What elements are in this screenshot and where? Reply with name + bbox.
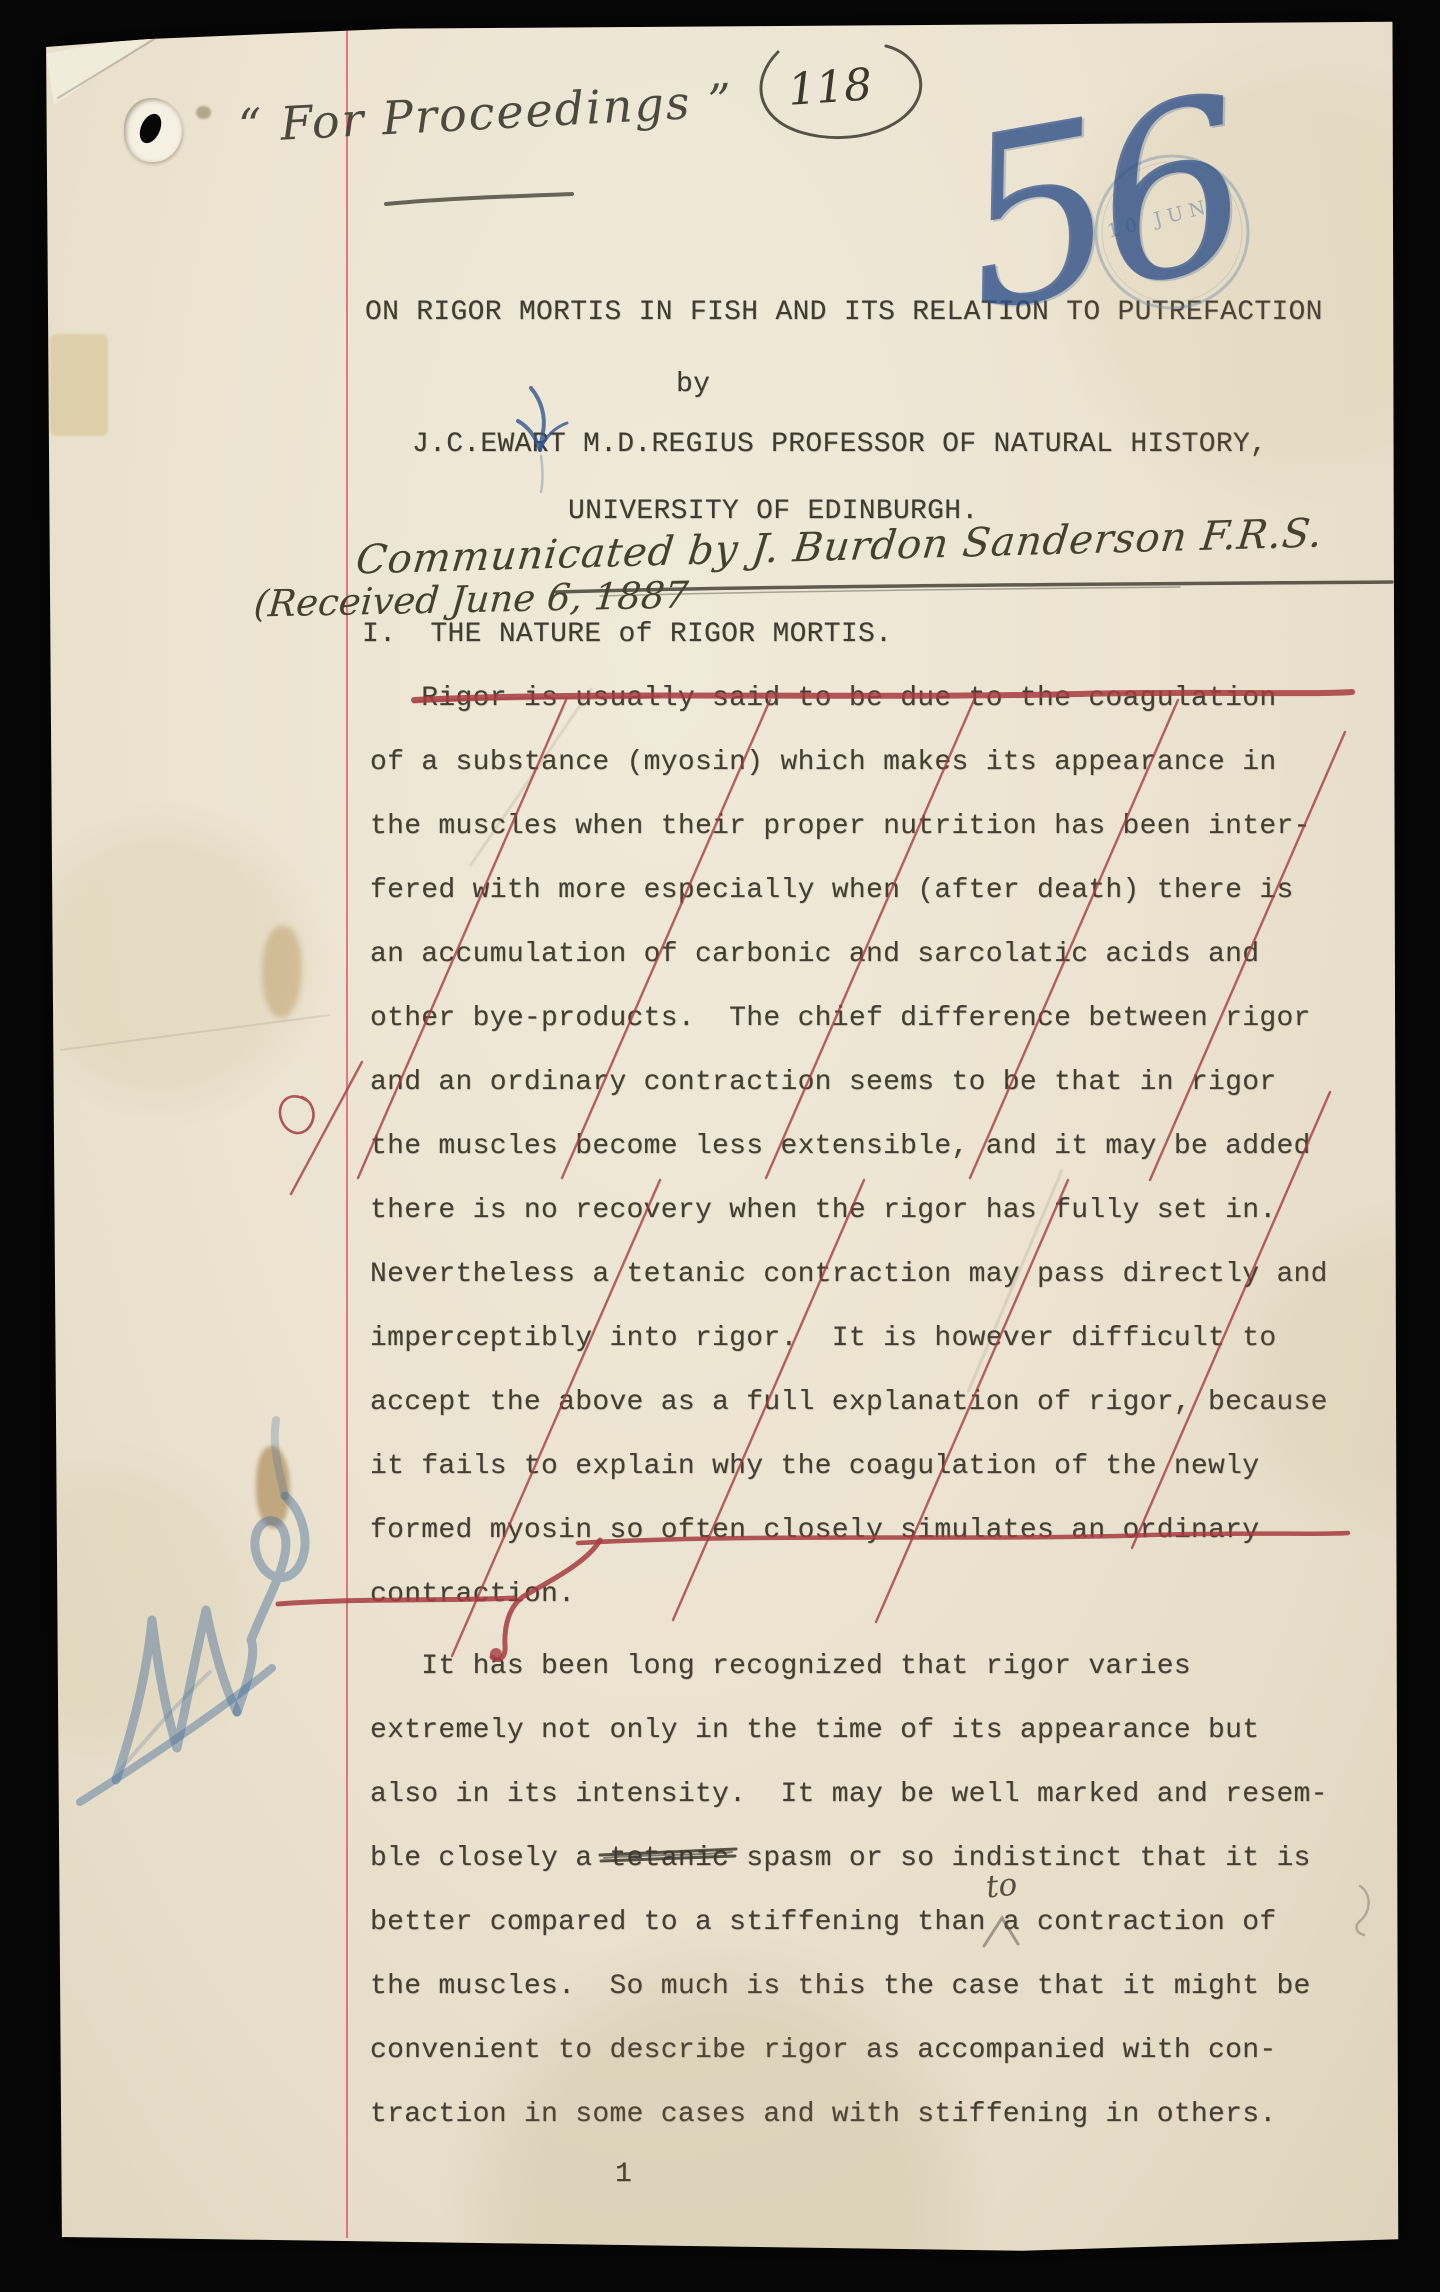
stain-blob	[256, 1446, 290, 1528]
stain-speck	[196, 106, 211, 119]
typed-line: accept the above as a full explanation o…	[370, 1388, 1328, 1418]
typed-line: an accumulation of carbonic and sarcolat…	[370, 940, 1259, 970]
typed-line: better compared to a stiffening than a c…	[370, 1908, 1276, 1938]
typed-line: also in its intensity. It may be well ma…	[370, 1780, 1328, 1810]
typed-line: it fails to explain why the coagulation …	[370, 1452, 1259, 1482]
author-line: J.C.EWART M.D.REGIUS PROFESSOR OF NATURA…	[412, 430, 1267, 460]
typed-line: there is no recovery when the rigor has …	[370, 1196, 1276, 1226]
page-number: 1	[615, 2160, 632, 2190]
typed-line: fered with more especially when (after d…	[370, 876, 1294, 906]
punch-hole	[124, 98, 182, 162]
stain-blob	[262, 926, 302, 1018]
typed-line: contraction.	[370, 1580, 575, 1610]
typed-line: other bye-products. The chief difference…	[370, 1004, 1311, 1034]
byline: by	[676, 370, 710, 400]
typed-line: traction in some cases and with stiffeni…	[370, 2100, 1276, 2130]
typed-line: It has been long recognized that rigor v…	[370, 1652, 1191, 1682]
dog-ear-fold	[44, 30, 166, 108]
received-date-note: (Received June 6, 1887	[252, 573, 690, 625]
typed-line: Rigor is usually said to be due to the c…	[370, 684, 1276, 714]
typed-line: formed myosin so often closely simulates…	[370, 1516, 1259, 1546]
section-heading: I. THE NATURE of RIGOR MORTIS.	[362, 620, 892, 650]
red-margin-rule	[346, 26, 348, 2238]
typed-line: imperceptibly into rigor. It is however …	[370, 1324, 1276, 1354]
typed-line: the muscles. So much is this the case th…	[370, 1972, 1311, 2002]
typed-line: the muscles when their proper nutrition …	[370, 812, 1311, 842]
blue-crayon-number: 56	[944, 66, 1253, 346]
circled-page-ref: 118	[786, 59, 873, 116]
inserted-word-to: to	[984, 1866, 1019, 1905]
manuscript-photo: { "photo_background": "#070707", "page":…	[0, 0, 1440, 2292]
manuscript-page: ON RIGOR MORTIS IN FISH AND ITS RELATION…	[0, 0, 1440, 2292]
punch-hole-tear	[136, 110, 166, 146]
typed-line: and an ordinary contraction seems to be …	[370, 1068, 1276, 1098]
typed-line: the muscles become less extensible, and …	[370, 1132, 1311, 1162]
page-wrapper: ON RIGOR MORTIS IN FISH AND ITS RELATION…	[0, 0, 1440, 2292]
typed-line: of a substance (myosin) which makes its …	[370, 748, 1276, 778]
typed-line: extremely not only in the time of its ap…	[370, 1716, 1259, 1746]
typed-line: convenient to describe rigor as accompan…	[370, 2036, 1276, 2066]
typed-line: Nevertheless a tetanic contraction may p…	[370, 1260, 1328, 1290]
typed-line: ble closely a tetanic spasm or so indist…	[370, 1844, 1311, 1874]
tape-remnant	[50, 334, 108, 436]
